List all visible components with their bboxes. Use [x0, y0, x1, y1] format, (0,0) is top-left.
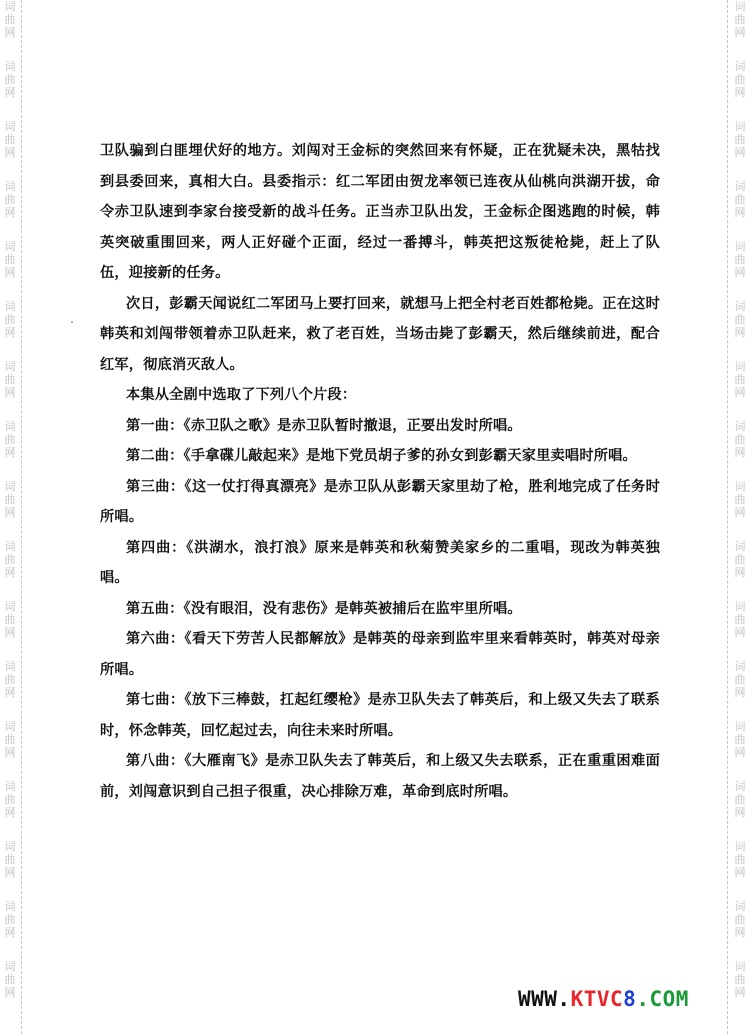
- watermark-char: 网: [5, 746, 16, 759]
- watermark-group: 词曲网: [5, 600, 16, 660]
- watermark-char: 词: [5, 240, 16, 253]
- watermark-group: 词曲网: [5, 840, 16, 900]
- synopsis-paragraph-2: 次日，彭霸天闻说红二军团马上要打回来，就想马上把全村老百姓都枪毙。正在这时韩英和…: [100, 289, 660, 381]
- song-description: 《放下三棒鼓，扛起红缨枪》是赤卫队失去了韩英后，和上级又失去了联系时，怀念韩英，…: [100, 692, 660, 739]
- watermark-char: 曲: [5, 313, 16, 326]
- watermark-group: 词曲网: [735, 660, 746, 720]
- watermark-char: 曲: [5, 553, 16, 566]
- watermark-char: 曲: [5, 853, 16, 866]
- song-number: 第四曲：: [126, 540, 186, 556]
- watermark-group: 词曲网: [5, 360, 16, 420]
- watermark-group: 词曲网: [5, 720, 16, 780]
- synopsis-paragraph-1: 卫队骗到白匪埋伏好的地方。刘闯对王金标的突然回来有怀疑，正在犹疑未决，黑牯找到县…: [100, 136, 660, 289]
- document-body: 卫队骗到白匪埋伏好的地方。刘闯对王金标的突然回来有怀疑，正在犹疑未决，黑牯找到县…: [100, 136, 660, 807]
- watermark-char: 网: [735, 326, 746, 339]
- watermark-char: 网: [5, 986, 16, 999]
- song-number: 第七曲：: [126, 692, 185, 708]
- watermark-char: 网: [735, 686, 746, 699]
- song-item-2: 第二曲：《手拿碟儿敲起来》是地下党员胡子爹的孙女到彭霸天家里卖唱时所唱。: [100, 441, 660, 472]
- watermark-group: 词曲网: [5, 480, 16, 540]
- watermark-char: 词: [735, 480, 746, 493]
- watermark-char: 网: [5, 686, 16, 699]
- watermark-char: 曲: [5, 433, 16, 446]
- watermark-char: 曲: [735, 493, 746, 506]
- watermark-char: 网: [735, 206, 746, 219]
- watermark-char: 词: [735, 600, 746, 613]
- watermark-char: 曲: [735, 853, 746, 866]
- watermark-group: 词曲网: [735, 540, 746, 600]
- right-watermark-column: 词曲网词曲网词曲网词曲网词曲网词曲网词曲网词曲网词曲网词曲网词曲网词曲网词曲网词…: [733, 0, 747, 1034]
- watermark-char: 词: [735, 240, 746, 253]
- watermark-char: 网: [735, 146, 746, 159]
- watermark-char: 网: [5, 206, 16, 219]
- watermark-char: 曲: [5, 793, 16, 806]
- watermark-char: 曲: [735, 613, 746, 626]
- watermark-char: 词: [5, 120, 16, 133]
- watermark-char: 网: [5, 926, 16, 939]
- song-number: 第一曲：: [126, 418, 184, 434]
- watermark-char: 网: [735, 806, 746, 819]
- watermark-char: 曲: [735, 313, 746, 326]
- watermark-char: 网: [5, 446, 16, 459]
- watermark-char: 网: [735, 746, 746, 759]
- watermark-char: 曲: [5, 673, 16, 686]
- watermark-char: 网: [735, 386, 746, 399]
- watermark-char: 网: [735, 266, 746, 279]
- url-brand-digit: 8: [623, 987, 636, 1011]
- watermark-char: 网: [735, 566, 746, 579]
- url-prefix: WWW.: [518, 987, 571, 1011]
- watermark-char: 曲: [735, 913, 746, 926]
- watermark-char: 词: [5, 300, 16, 313]
- watermark-char: 词: [735, 960, 746, 973]
- watermark-char: 曲: [735, 133, 746, 146]
- watermark-char: 网: [5, 146, 16, 159]
- song-description: 《没有眼泪，没有悲伤》是韩英被捕后在监牢里所唱。: [184, 601, 522, 617]
- watermark-char: 词: [735, 0, 746, 13]
- watermark-char: 曲: [5, 973, 16, 986]
- song-description: 《看天下劳苦人民都解放》是韩英的母亲到监牢里来看韩英时，韩英对母亲所唱。: [100, 631, 660, 678]
- watermark-char: 词: [5, 960, 16, 973]
- watermark-char: 词: [5, 60, 16, 73]
- watermark-group: 词曲网: [5, 240, 16, 300]
- watermark-char: 词: [5, 660, 16, 673]
- selection-intro: 本集从全剧中选取了下列八个片段：: [100, 380, 660, 411]
- watermark-group: 词曲网: [735, 840, 746, 900]
- watermark-char: 词: [5, 0, 16, 13]
- watermark-char: 词: [5, 480, 16, 493]
- url-brand: KTVC: [571, 987, 624, 1011]
- watermark-group: 词曲网: [5, 180, 16, 240]
- watermark-char: 网: [735, 986, 746, 999]
- watermark-group: 词曲网: [5, 780, 16, 840]
- left-watermark-column: 词曲网词曲网词曲网词曲网词曲网词曲网词曲网词曲网词曲网词曲网词曲网词曲网词曲网词…: [3, 0, 17, 1034]
- watermark-group: 词曲网: [735, 720, 746, 780]
- watermark-char: 曲: [735, 373, 746, 386]
- watermark-char: 网: [735, 626, 746, 639]
- watermark-char: 曲: [735, 973, 746, 986]
- site-url-watermark: WWW. KTVC 8 .COM: [518, 987, 689, 1011]
- watermark-char: 词: [5, 600, 16, 613]
- watermark-char: 曲: [5, 373, 16, 386]
- song-item-7: 第七曲：《放下三棒鼓，扛起红缨枪》是赤卫队失去了韩英后，和上级又失去了联系时，怀…: [100, 685, 660, 746]
- watermark-char: 词: [735, 120, 746, 133]
- song-item-6: 第六曲：《看天下劳苦人民都解放》是韩英的母亲到监牢里来看韩英时，韩英对母亲所唱。: [100, 624, 660, 685]
- watermark-char: 词: [5, 780, 16, 793]
- watermark-char: 曲: [5, 73, 16, 86]
- watermark-char: 曲: [735, 673, 746, 686]
- watermark-char: 网: [735, 26, 746, 39]
- watermark-group: 词曲网: [735, 360, 746, 420]
- song-number: 第二曲：: [126, 448, 184, 464]
- song-item-3: 第三曲：《这一仗打得真漂亮》是赤卫队从彭霸天家里劫了枪，胜利地完成了任务时所唱。: [100, 472, 660, 533]
- song-description: 《手拿碟儿敲起来》是地下党员胡子爹的孙女到彭霸天家里卖唱时所唱。: [184, 448, 637, 464]
- watermark-char: 曲: [735, 253, 746, 266]
- watermark-group: 词曲网: [5, 540, 16, 600]
- watermark-char: 词: [735, 420, 746, 433]
- watermark-char: 词: [735, 660, 746, 673]
- watermark-char: 曲: [5, 253, 16, 266]
- watermark-group: 词曲网: [735, 900, 746, 960]
- watermark-char: 曲: [5, 613, 16, 626]
- watermark-group: 词曲网: [735, 600, 746, 660]
- watermark-char: 词: [5, 720, 16, 733]
- watermark-char: 曲: [5, 13, 16, 26]
- watermark-char: 曲: [735, 13, 746, 26]
- watermark-char: 网: [735, 506, 746, 519]
- watermark-group: 词曲网: [5, 0, 16, 60]
- watermark-group: 词曲网: [735, 480, 746, 540]
- watermark-char: 词: [735, 180, 746, 193]
- watermark-char: 词: [735, 780, 746, 793]
- song-description: 《大雁南飞》是赤卫队失去了韩英后，和上级又失去联系，正在重重困难面前，刘闯意识到…: [100, 753, 660, 800]
- watermark-char: 词: [735, 60, 746, 73]
- watermark-group: 词曲网: [5, 900, 16, 960]
- watermark-char: 词: [735, 540, 746, 553]
- watermark-char: 曲: [735, 553, 746, 566]
- watermark-group: 词曲网: [5, 60, 16, 120]
- song-item-4: 第四曲：《洪湖水，浪打浪》原来是韩英和秋菊赞美家乡的二重唱，现改为韩英独唱。: [100, 533, 660, 594]
- watermark-group: 词曲网: [5, 120, 16, 180]
- watermark-char: 网: [5, 26, 16, 39]
- watermark-char: 词: [5, 360, 16, 373]
- watermark-char: 网: [5, 86, 16, 99]
- watermark-group: 词曲网: [735, 240, 746, 300]
- watermark-char: 网: [5, 326, 16, 339]
- song-item-5: 第五曲：《没有眼泪，没有悲伤》是韩英被捕后在监牢里所唱。: [100, 594, 660, 625]
- watermark-group: 词曲网: [735, 180, 746, 240]
- watermark-char: 词: [735, 840, 746, 853]
- left-margin-dashed-line: [21, 0, 22, 1034]
- watermark-group: 词曲网: [735, 0, 746, 60]
- url-tld: .COM: [636, 987, 689, 1011]
- song-number: 第三曲：: [126, 479, 185, 495]
- song-item-8: 第八曲：《大雁南飞》是赤卫队失去了韩英后，和上级又失去联系，正在重重困难面前，刘…: [100, 746, 660, 807]
- watermark-group: 词曲网: [735, 300, 746, 360]
- watermark-char: 词: [5, 840, 16, 853]
- watermark-char: 词: [735, 720, 746, 733]
- watermark-char: 网: [735, 86, 746, 99]
- watermark-char: 词: [5, 180, 16, 193]
- right-margin-dashed-line: [727, 0, 728, 1034]
- watermark-char: 网: [5, 506, 16, 519]
- watermark-char: 网: [5, 626, 16, 639]
- watermark-char: 网: [5, 266, 16, 279]
- scan-speck: [71, 321, 73, 323]
- watermark-group: 词曲网: [735, 60, 746, 120]
- watermark-char: 网: [5, 386, 16, 399]
- watermark-char: 网: [5, 806, 16, 819]
- watermark-group: 词曲网: [735, 120, 746, 180]
- watermark-group: 词曲网: [735, 420, 746, 480]
- watermark-group: 词曲网: [735, 960, 746, 1020]
- watermark-char: 曲: [5, 733, 16, 746]
- song-item-1: 第一曲：《赤卫队之歌》是赤卫队暂时撤退，正要出发时所唱。: [100, 411, 660, 442]
- watermark-group: 词曲网: [5, 660, 16, 720]
- watermark-char: 词: [735, 360, 746, 373]
- watermark-char: 词: [735, 900, 746, 913]
- watermark-char: 曲: [735, 793, 746, 806]
- watermark-char: 词: [5, 420, 16, 433]
- watermark-char: 曲: [735, 193, 746, 206]
- watermark-char: 网: [5, 566, 16, 579]
- watermark-char: 词: [5, 900, 16, 913]
- song-description: 《这一仗打得真漂亮》是赤卫队从彭霸天家里劫了枪，胜利地完成了任务时所唱。: [100, 479, 660, 526]
- watermark-char: 词: [5, 540, 16, 553]
- watermark-char: 词: [735, 300, 746, 313]
- watermark-char: 曲: [735, 73, 746, 86]
- watermark-char: 网: [735, 926, 746, 939]
- watermark-group: 词曲网: [5, 300, 16, 360]
- watermark-char: 曲: [735, 433, 746, 446]
- watermark-char: 曲: [5, 193, 16, 206]
- watermark-char: 曲: [5, 913, 16, 926]
- watermark-group: 词曲网: [5, 420, 16, 480]
- watermark-char: 网: [735, 446, 746, 459]
- watermark-group: 词曲网: [735, 780, 746, 840]
- watermark-char: 曲: [735, 733, 746, 746]
- watermark-char: 网: [735, 866, 746, 879]
- song-number: 第五曲：: [126, 601, 184, 617]
- song-number: 第六曲：: [126, 631, 185, 647]
- watermark-char: 曲: [5, 493, 16, 506]
- watermark-char: 网: [5, 866, 16, 879]
- watermark-char: 曲: [5, 133, 16, 146]
- song-number: 第八曲：: [126, 753, 185, 769]
- watermark-group: 词曲网: [5, 960, 16, 1020]
- song-description: 《赤卫队之歌》是赤卫队暂时撤退，正要出发时所唱。: [184, 418, 522, 434]
